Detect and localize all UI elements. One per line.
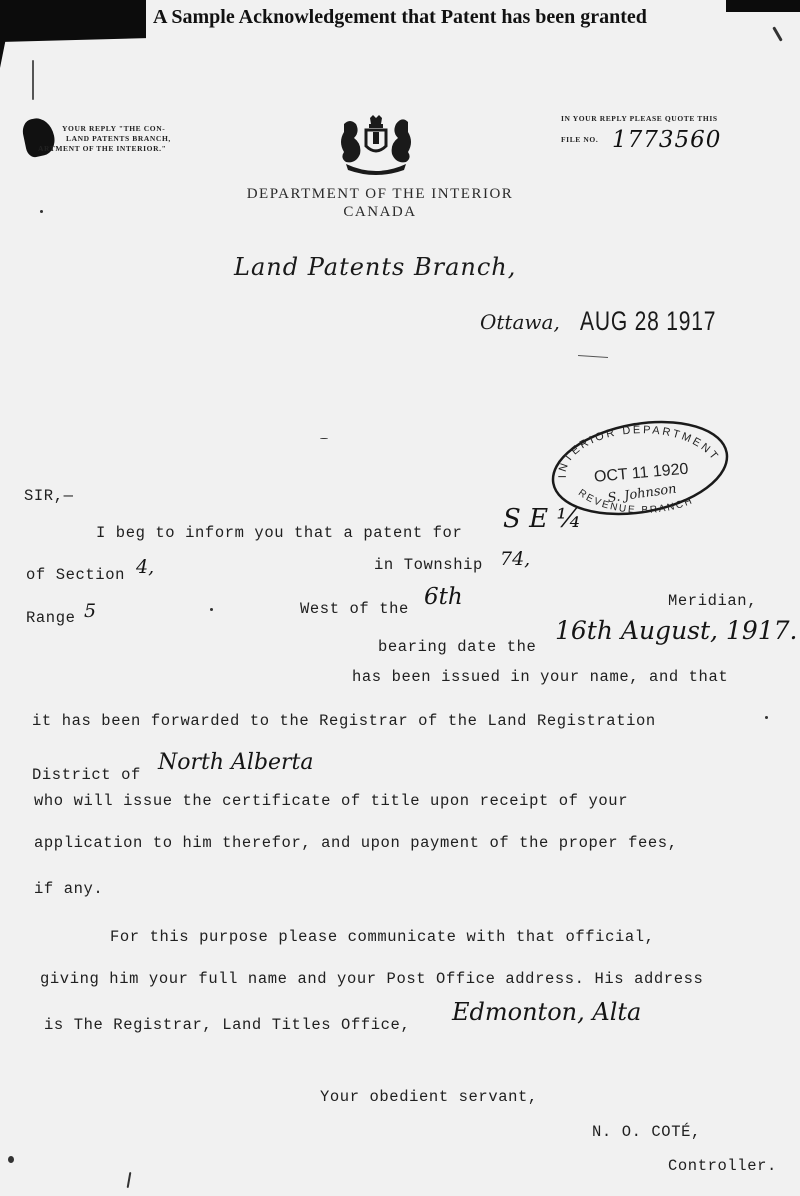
scan-speck — [127, 1172, 132, 1188]
salutation: SIR,— — [24, 487, 74, 505]
body-line: For this purpose please communicate with… — [110, 928, 655, 946]
signer-name: N. O. COTÉ, — [592, 1123, 701, 1141]
handwritten-township: 74, — [500, 548, 530, 570]
handwritten-section: 4, — [136, 556, 154, 578]
reply-note-line: LAND PATENTS BRANCH, — [62, 134, 171, 144]
signer-title: Controller. — [668, 1157, 777, 1175]
range-label: Range — [26, 609, 76, 627]
scan-speck — [210, 608, 213, 611]
country-name: CANADA — [232, 204, 528, 221]
file-number: 1773560 — [612, 127, 721, 153]
closing: Your obedient servant, — [320, 1088, 538, 1106]
handwritten-meridian: 6th — [424, 584, 463, 610]
reply-note-line: ARTMENT OF THE INTERIOR." — [38, 144, 171, 154]
section-label: of Section — [26, 566, 125, 584]
body-line: I beg to inform you that a patent for — [96, 524, 462, 542]
reply-note-line: YOUR REPLY "THE CON- — [62, 124, 171, 134]
body-line: has been issued in your name, and that — [352, 668, 728, 686]
received-stamp: INTERIOR DEPARTMENT OCT 11 1920 S. Johns… — [548, 418, 732, 518]
handwritten-bearing-date: 16th August, 1917. — [555, 616, 798, 645]
handwritten-land-parcel: S E ¼ — [503, 504, 582, 534]
township-label: in Township — [374, 556, 483, 574]
reply-note-right: IN YOUR REPLY PLEASE QUOTE THIS — [561, 114, 718, 124]
letter-date-stamp: AUG 28 1917 — [580, 306, 716, 337]
scan-speck — [40, 210, 43, 213]
coat-of-arms-icon — [336, 114, 416, 176]
body-line: is The Registrar, Land Titles Office, — [44, 1016, 410, 1034]
west-of-label: West of the — [300, 600, 409, 618]
bearing-date-label: bearing date the — [378, 638, 536, 656]
scan-speck — [8, 1156, 14, 1163]
department-name: DEPARTMENT OF THE INTERIOR — [232, 186, 528, 203]
district-label: District of — [32, 766, 141, 784]
branch-name: Land Patents Branch, — [234, 253, 516, 281]
body-line: if any. — [34, 880, 103, 898]
scan-speck — [320, 438, 328, 439]
body-line: it has been forwarded to the Registrar o… — [32, 712, 656, 730]
scan-speck — [765, 716, 768, 719]
body-line: giving him your full name and your Post … — [40, 970, 703, 988]
body-line: application to him therefor, and upon pa… — [34, 834, 678, 852]
meridian-label: Meridian, — [668, 592, 757, 610]
page-edge — [0, 38, 6, 68]
scan-speck — [32, 60, 34, 100]
stamp-signature: S. Johnson — [607, 482, 678, 507]
dash-mark — [578, 355, 608, 358]
letter-city: Ottawa, — [480, 310, 560, 334]
document-caption: A Sample Acknowledgement that Patent has… — [0, 6, 800, 29]
handwritten-district: North Alberta — [158, 750, 314, 775]
body-line: who will issue the certificate of title … — [34, 792, 628, 810]
reply-note-left: YOUR REPLY "THE CON- LAND PATENTS BRANCH… — [62, 124, 171, 154]
file-number-label: FILE NO. — [561, 135, 598, 145]
handwritten-range: 5 — [84, 600, 96, 622]
handwritten-office-location: Edmonton, Alta — [452, 998, 641, 1026]
